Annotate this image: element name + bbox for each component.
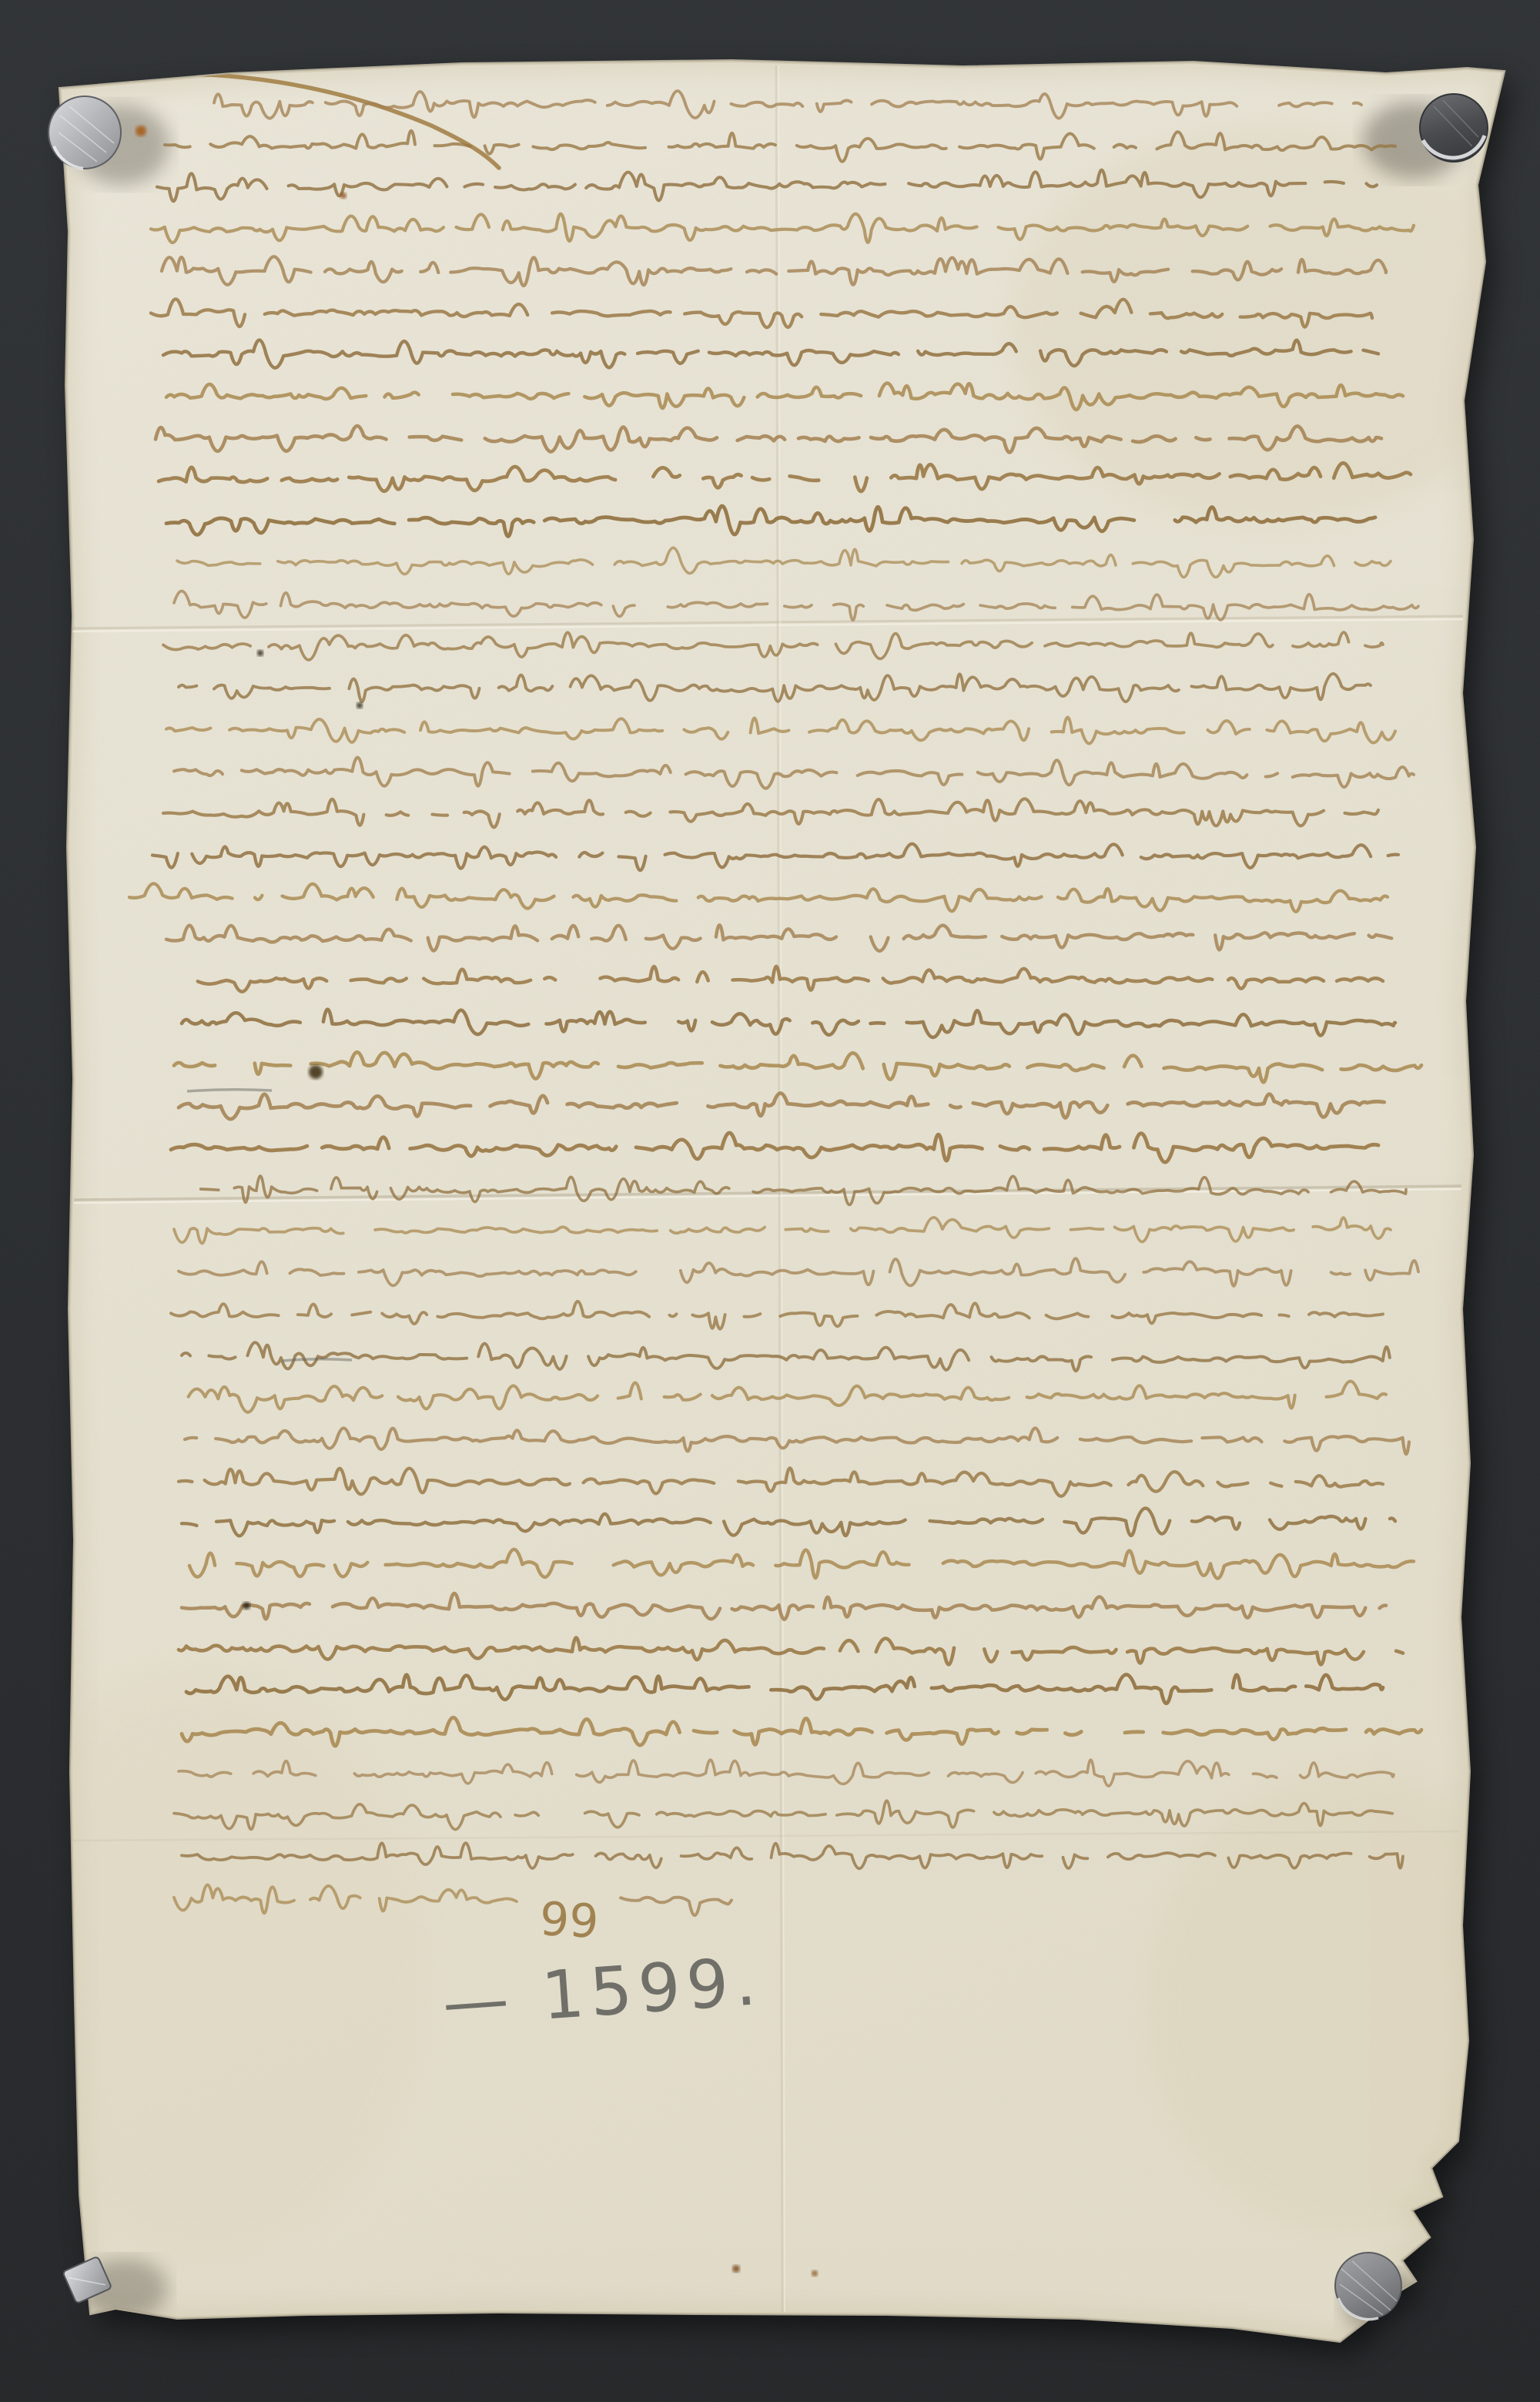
ink-stain xyxy=(340,193,346,199)
ink-stain xyxy=(812,2270,818,2276)
year-digits: 99 xyxy=(538,1892,600,1949)
fastener-bottom-right-stud xyxy=(1335,2253,1401,2320)
ink-stain xyxy=(136,126,146,136)
ink-stain xyxy=(732,2265,740,2273)
ink-stain xyxy=(243,1602,250,1610)
scan-stage: 99 — 1599. xyxy=(0,0,1540,2402)
ink-stain xyxy=(309,1065,323,1079)
fastener-top-left-stud xyxy=(49,96,121,169)
ink-stain xyxy=(357,702,363,709)
ink-stain xyxy=(257,650,263,656)
fastener-top-right-stud xyxy=(1420,94,1488,162)
